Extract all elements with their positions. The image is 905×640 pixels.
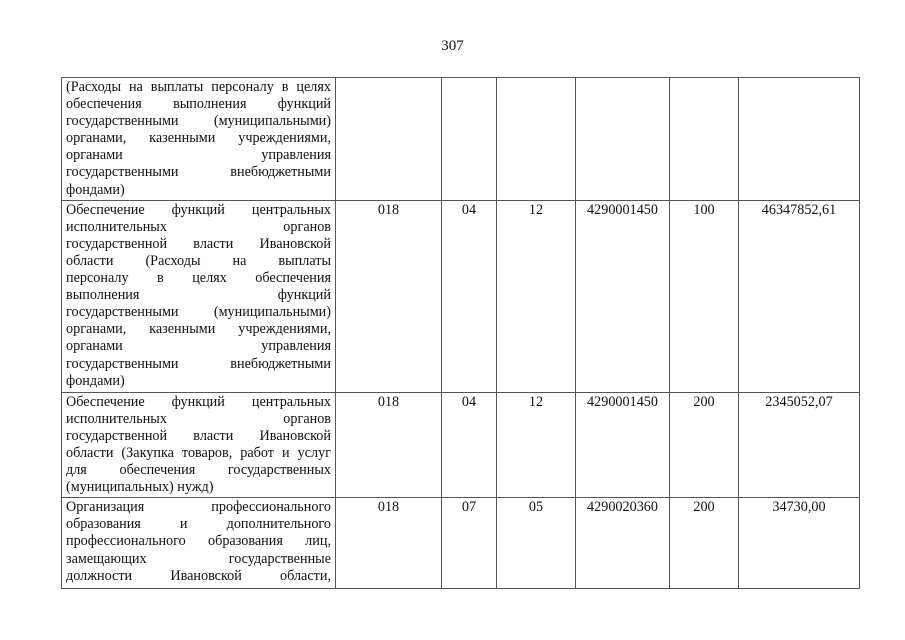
subsection-code-cell: 12 (497, 392, 576, 498)
description-line: исполнительных органов (66, 219, 331, 236)
subsection-code-cell: 05 (497, 498, 576, 589)
table-row: Обеспечение функций центральныхисполните… (62, 200, 860, 392)
section-code-cell: 07 (442, 498, 497, 589)
expense-type-code-cell (670, 78, 739, 201)
expense-type-code-cell: 200 (670, 498, 739, 589)
description-line: профессионального образования лиц, (66, 533, 331, 550)
description-line: органами управления (66, 147, 331, 164)
target-article-code-cell: 4290001450 (576, 200, 670, 392)
description-line: фондами) (66, 373, 331, 390)
amount-cell: 2345052,07 (739, 392, 860, 498)
subsection-code-cell (497, 78, 576, 201)
section-code-cell: 04 (442, 200, 497, 392)
description-line: образования и дополнительного (66, 516, 331, 533)
amount-cell: 34730,00 (739, 498, 860, 589)
description-line: персоналу в целях обеспечения (66, 270, 331, 287)
ministry-code-cell: 018 (336, 498, 442, 589)
description-line: государственными (муниципальными) (66, 113, 331, 130)
description-line: фондами) (66, 182, 331, 199)
budget-table: (Расходы на выплаты персоналу в целяхобе… (61, 77, 860, 589)
description-cell: Обеспечение функций центральныхисполните… (62, 200, 336, 392)
description-line: государственными внебюджетными (66, 164, 331, 181)
target-article-code-cell (576, 78, 670, 201)
description-line: государственной власти Ивановской (66, 236, 331, 253)
description-line: Организация профессионального (66, 499, 331, 516)
description-line: (муниципальных) нужд) (66, 479, 331, 496)
description-line: органами, казенными учреждениями, (66, 130, 331, 147)
description-line: замещающих государственные (66, 551, 331, 568)
description-line: выполнения функций (66, 287, 331, 304)
target-article-code-cell: 4290020360 (576, 498, 670, 589)
description-cell: Обеспечение функций центральныхисполните… (62, 392, 336, 498)
section-code-cell: 04 (442, 392, 497, 498)
ministry-code-cell: 018 (336, 200, 442, 392)
description-line: (Расходы на выплаты персоналу в целях (66, 79, 331, 96)
ministry-code-cell (336, 78, 442, 201)
description-line: Обеспечение функций центральных (66, 202, 331, 219)
description-line: органами, казенными учреждениями, (66, 321, 331, 338)
table-row: Организация профессиональногообразования… (62, 498, 860, 589)
description-cell: (Расходы на выплаты персоналу в целяхобе… (62, 78, 336, 201)
description-line: для обеспечения государственных (66, 462, 331, 479)
description-line: исполнительных органов (66, 411, 331, 428)
target-article-code-cell: 4290001450 (576, 392, 670, 498)
table-row: (Расходы на выплаты персоналу в целяхобе… (62, 78, 860, 201)
table-row: Обеспечение функций центральныхисполните… (62, 392, 860, 498)
description-line: Обеспечение функций центральных (66, 394, 331, 411)
description-line: должности Ивановской области, (66, 568, 331, 585)
description-line: области (Расходы на выплаты (66, 253, 331, 270)
description-line: государственной власти Ивановской (66, 428, 331, 445)
description-cell: Организация профессиональногообразования… (62, 498, 336, 589)
expense-type-code-cell: 200 (670, 392, 739, 498)
ministry-code-cell: 018 (336, 392, 442, 498)
description-line: органами управления (66, 338, 331, 355)
page-number: 307 (0, 38, 905, 55)
amount-cell (739, 78, 860, 201)
description-line: области (Закупка товаров, работ и услуг (66, 445, 331, 462)
subsection-code-cell: 12 (497, 200, 576, 392)
description-line: государственными (муниципальными) (66, 304, 331, 321)
section-code-cell (442, 78, 497, 201)
description-line: государственными внебюджетными (66, 356, 331, 373)
description-line: обеспечения выполнения функций (66, 96, 331, 113)
amount-cell: 46347852,61 (739, 200, 860, 392)
expense-type-code-cell: 100 (670, 200, 739, 392)
